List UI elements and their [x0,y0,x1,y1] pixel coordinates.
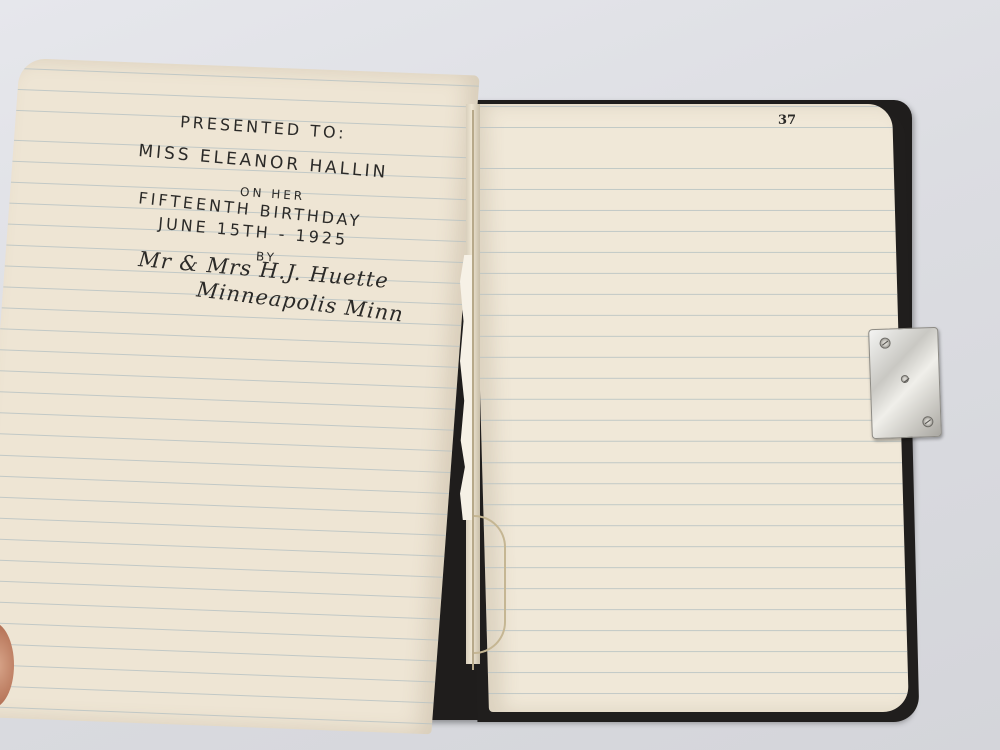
rivet-icon [901,375,909,383]
loose-thread-loop [474,515,506,654]
screw-icon [879,337,890,348]
metal-clasp [868,327,942,439]
page-number: 37 [778,113,796,128]
notebook-photo: PRESENTED TO: MISS ELEANOR HALLIN ON HER… [0,0,1000,750]
right-page [472,104,909,712]
screw-icon [922,416,933,427]
ruled-lines [472,104,909,712]
